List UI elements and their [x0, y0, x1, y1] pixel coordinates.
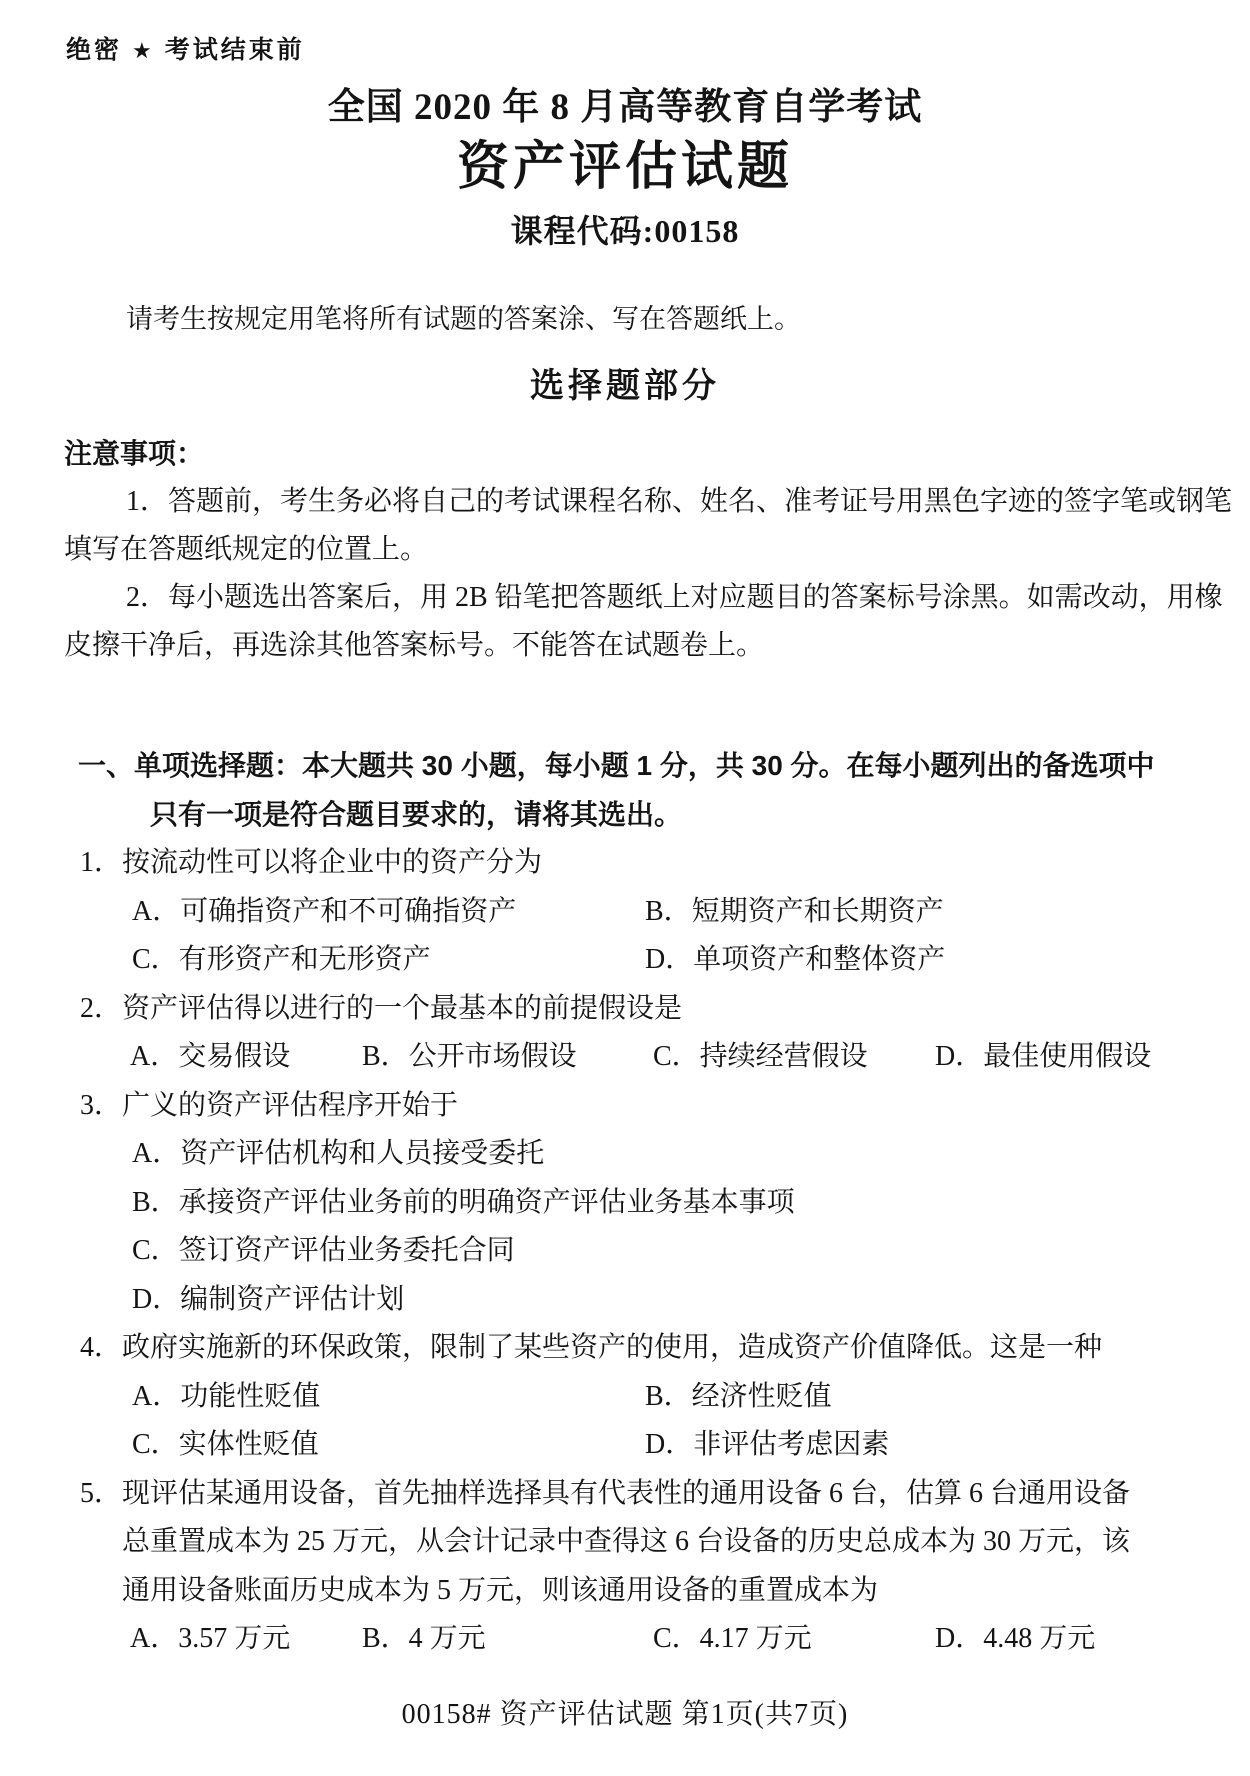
question-1-option-A: A．可确指资产和不可确指资产	[132, 888, 516, 937]
answer-instruction: 请考生按规定用笔将所有试题的答案涂、写在答题纸上。	[126, 297, 801, 336]
question-1-options-row-1: A．可确指资产和不可确指资产B．短期资产和长期资产	[0, 888, 1250, 937]
part1-heading-line-1: 一、单项选择题：本大题共 30 小题，每小题 1 分，共 30 分。在每小题列出…	[0, 742, 1250, 791]
question-1-options-row-2: C．有形资产和无形资产D．单项资产和整体资产	[0, 936, 1250, 985]
question-3-option-C: C．签订资产评估业务委托合同	[132, 1227, 515, 1276]
timing-label: 考试结束前	[165, 36, 305, 64]
question-3-option-row-A: A．资产评估机构和人员接受委托	[0, 1130, 1250, 1179]
exam-subject-title: 资产评估试题	[0, 124, 1250, 199]
notes-block: 注意事项： 1．答题前，考生务必将自己的考试课程名称、姓名、准考证号用黑色字迹的…	[0, 430, 1250, 670]
note-2-line-2: 皮擦干净后，再选涂其他答案标号。不能答在试题卷上。	[0, 622, 1250, 670]
question-2-option-A: A．交易假设	[130, 1033, 290, 1082]
question-1-option-C: C．有形资产和无形资产	[132, 936, 431, 985]
question-4-options-row-1: A．功能性贬值B．经济性贬值	[0, 1373, 1250, 1422]
exam-page: 绝密★考试结束前 全国 2020 年 8 月高等教育自学考试 资产评估试题 课程…	[0, 0, 1250, 1776]
question-5-option-D: D．4.48 万元	[935, 1615, 1095, 1664]
star-icon: ★	[122, 38, 165, 63]
part1-heading-line-2: 只有一项是符合题目要求的，请将其选出。	[0, 791, 1250, 840]
question-4-stem: 4．政府实施新的环保政策，限制了某些资产的使用，造成资产价值降低。这是一种	[0, 1324, 1250, 1373]
exam-session-title: 全国 2020 年 8 月高等教育自学考试	[0, 76, 1250, 130]
question-5-option-B: B．4 万元	[362, 1615, 486, 1664]
question-4-option-D: D．非评估考虑因素	[645, 1421, 889, 1470]
question-1-stem: 1．按流动性可以将企业中的资产分为	[0, 839, 1250, 888]
question-5-stem: 5．现评估某通用设备，首先抽样选择具有代表性的通用设备 6 台，估算 6 台通用…	[0, 1470, 1250, 1519]
question-3-stem: 3．广义的资产评估程序开始于	[0, 1082, 1250, 1131]
note-1-line-2: 填写在答题纸规定的位置上。	[0, 526, 1250, 574]
question-2-option-B: B．公开市场假设	[362, 1033, 577, 1082]
question-2-options-row: A．交易假设B．公开市场假设C．持续经营假设D．最佳使用假设	[0, 1033, 1250, 1082]
course-code: 课程代码:00158	[0, 206, 1250, 252]
question-3-option-A: A．资产评估机构和人员接受委托	[132, 1130, 544, 1179]
question-3-option-D: D．编制资产评估计划	[132, 1276, 404, 1325]
question-3-option-row-D: D．编制资产评估计划	[0, 1276, 1250, 1325]
question-5-stem-line-2: 总重置成本为 25 万元，从会计记录中查得这 6 台设备的历史总成本为 30 万…	[0, 1518, 1250, 1567]
notes-heading: 注意事项：	[0, 430, 1250, 478]
question-1-option-D: D．单项资产和整体资产	[645, 936, 945, 985]
question-4-options-row-2: C．实体性贬值D．非评估考虑因素	[0, 1421, 1250, 1470]
question-3-option-row-B: B．承接资产评估业务前的明确资产评估业务基本事项	[0, 1179, 1250, 1228]
section-title: 选择题部分	[0, 358, 1250, 407]
question-5-option-A: A．3.57 万元	[130, 1615, 290, 1664]
question-2-option-C: C．持续经营假设	[653, 1033, 868, 1082]
note-2-line-1: 2．每小题选出答案后，用 2B 铅笔把答题纸上对应题目的答案标号涂黑。如需改动，…	[0, 574, 1250, 622]
question-5-stem-line-3: 通用设备账面历史成本为 5 万元，则该通用设备的重置成本为	[0, 1567, 1250, 1616]
question-2-option-D: D．最佳使用假设	[935, 1033, 1151, 1082]
question-4-option-A: A．功能性贬值	[132, 1373, 320, 1422]
question-5-option-C: C．4.17 万元	[653, 1615, 812, 1664]
question-4-option-B: B．经济性贬值	[645, 1373, 832, 1422]
note-1-line-1: 1．答题前，考生务必将自己的考试课程名称、姓名、准考证号用黑色字迹的签字笔或钢笔	[0, 478, 1250, 526]
question-1-option-B: B．短期资产和长期资产	[645, 888, 944, 937]
question-4-option-C: C．实体性贬值	[132, 1421, 319, 1470]
page-footer: 00158# 资产评估试题 第1页(共7页)	[0, 1692, 1250, 1732]
security-classification-line: 绝密★考试结束前	[66, 30, 305, 66]
classification-label: 绝密	[66, 36, 122, 64]
part1-multiple-choice-section: 一、单项选择题：本大题共 30 小题，每小题 1 分，共 30 分。在每小题列出…	[0, 742, 1250, 1664]
question-3-option-row-C: C．签订资产评估业务委托合同	[0, 1227, 1250, 1276]
question-3-option-B: B．承接资产评估业务前的明确资产评估业务基本事项	[132, 1179, 795, 1228]
question-2-stem: 2．资产评估得以进行的一个最基本的前提假设是	[0, 985, 1250, 1034]
question-5-options-row: A．3.57 万元B．4 万元C．4.17 万元D．4.48 万元	[0, 1615, 1250, 1664]
